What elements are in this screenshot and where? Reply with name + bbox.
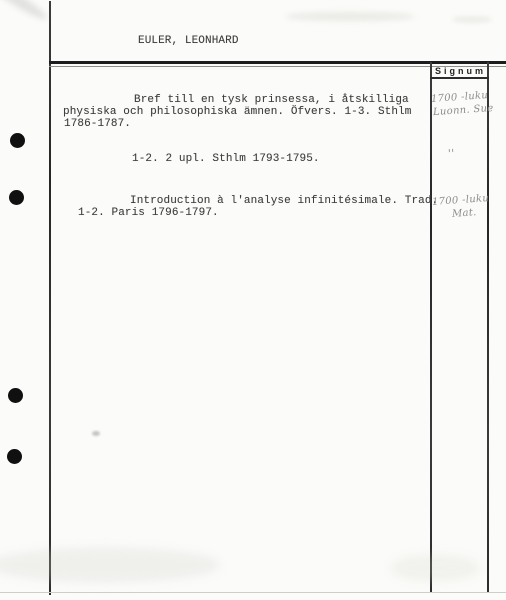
signum-note-1-line-2: Luonn. Sue (433, 103, 494, 118)
signum-note-1-line-1: 1700 -luku (431, 90, 489, 105)
card-heading-author: EULER, LEONHARD (138, 36, 239, 48)
scan-smudge (0, 0, 50, 24)
signum-column-right-rule (487, 62, 489, 593)
entry-2-line-1: 1-2. 2 upl. Sthlm 1793-1795. (132, 154, 320, 166)
entry-1-line-3: 1786-1787. (64, 119, 131, 131)
signum-column-left-rule (430, 62, 432, 593)
header-rule-thick (49, 61, 506, 64)
punch-hole (8, 388, 23, 403)
scan-smudge (0, 548, 220, 582)
scan-smudge (285, 12, 415, 21)
punch-hole (10, 133, 25, 148)
signum-header-rule (430, 77, 489, 79)
scan-smudge (390, 555, 480, 581)
signum-column-header: Signum (430, 66, 488, 76)
entry-1-line-1: Bref till en tysk prinsessa, i åtskillig… (134, 95, 409, 107)
entry-3-line-2: 1-2. Paris 1796-1797. (78, 208, 219, 220)
left-margin-rule (49, 1, 51, 595)
punch-hole (9, 190, 24, 205)
punch-hole (7, 449, 22, 464)
signum-ditto-mark: '' (448, 148, 455, 159)
catalog-card: EULER, LEONHARD Signum 1700 -luku Luonn.… (0, 0, 506, 600)
scan-smudge (92, 431, 100, 436)
signum-note-2-line-1: 1700 -luku (432, 193, 490, 208)
entry-1-line-2: physiska och philosophiska ämnen. Öfvers… (63, 107, 411, 119)
scan-smudge (452, 16, 492, 23)
entry-3-line-1: Introduction à l'analyse infinitésimale.… (130, 196, 438, 208)
card-bottom-edge (0, 592, 506, 593)
signum-note-2-line-2: Mat. (452, 207, 477, 220)
